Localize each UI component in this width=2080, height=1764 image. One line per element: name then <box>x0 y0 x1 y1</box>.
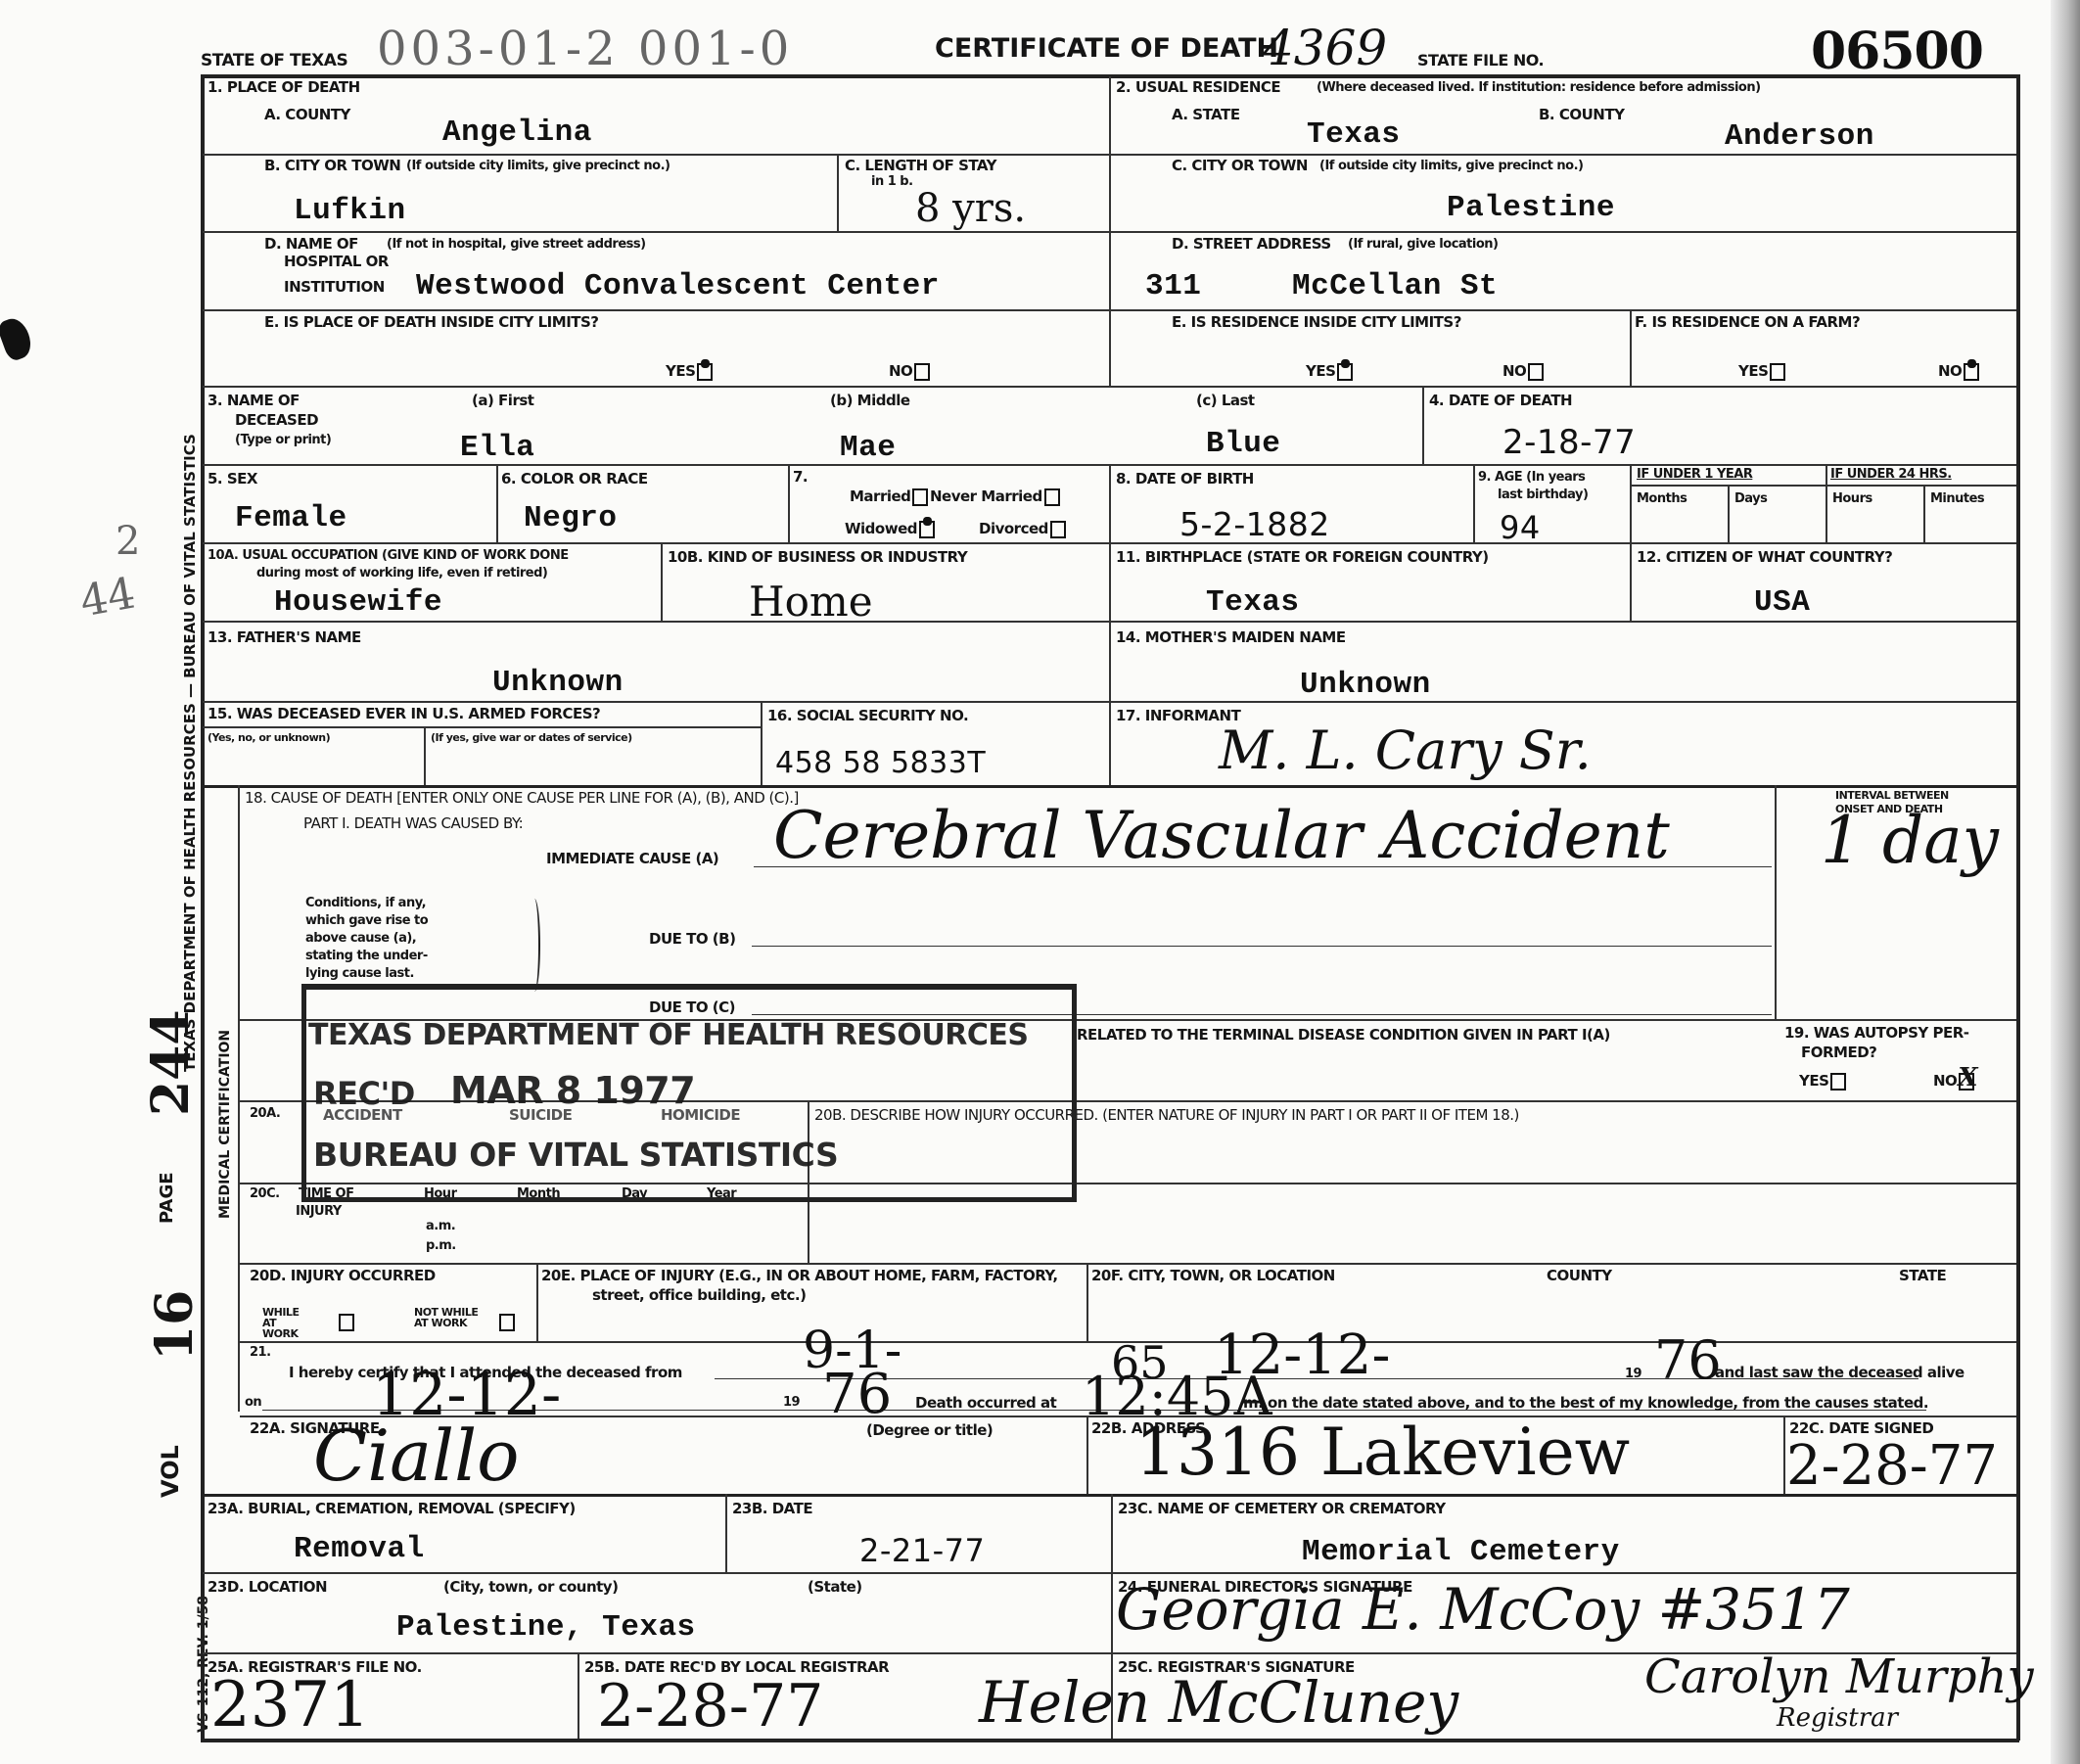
yes-text: YES <box>666 362 695 380</box>
business-value: Home <box>749 578 873 626</box>
res-state-label: a. STATE <box>1172 106 1240 123</box>
res-city-label: c. CITY OR TOWN <box>1172 157 1308 174</box>
registrar-signature-1: Helen McCluney <box>979 1669 1458 1736</box>
outer-bottom-border <box>201 1739 2019 1742</box>
injury-county-label: COUNTY <box>1547 1267 1612 1284</box>
stamp-line-3: BUREAU OF VITAL STATISTICS <box>313 1136 838 1174</box>
city-hint: (If outside city limits, give precinct n… <box>406 159 670 173</box>
divider <box>424 726 426 785</box>
state-label: STATE OF TEXAS <box>201 51 347 70</box>
mother-label: 14. MOTHER'S MAIDEN NAME <box>1116 628 1346 646</box>
brace <box>529 899 540 992</box>
marital-label: 7. <box>793 468 808 486</box>
res-inside-city-no[interactable]: NO <box>1502 362 1544 381</box>
age-label-2: last birthday) <box>1498 487 1588 502</box>
res-city-value: Palestine <box>1447 191 1615 225</box>
divider <box>536 1263 538 1341</box>
divider <box>837 154 839 232</box>
stay-hint: in 1 b. <box>871 174 913 189</box>
registrar-title: Registrar <box>1777 1703 1898 1733</box>
divider <box>203 726 761 728</box>
divider <box>1783 1416 1785 1494</box>
divider <box>203 231 2016 233</box>
birthplace-value: Texas <box>1206 585 1300 620</box>
divider <box>203 309 2016 311</box>
injury-label: INJURY <box>296 1204 342 1219</box>
on-label: on <box>245 1395 261 1410</box>
name-label-1: 3. NAME OF <box>208 392 300 409</box>
dob-value: 5-2-1882 <box>1179 505 1330 543</box>
divider <box>203 701 2016 703</box>
armed-forces-label: 15. WAS DECEASED EVER IN U.S. ARMED FORC… <box>208 705 600 722</box>
vertical-agency-text: TEXAS DEPARTMENT OF HEALTH RESOURCES — B… <box>181 434 199 1072</box>
divider <box>203 785 2016 788</box>
autopsy-no[interactable]: NO <box>1933 1072 1974 1091</box>
hospital-label-2: HOSPITAL OR <box>284 253 389 270</box>
divider <box>1775 785 1777 1020</box>
part2-label: RELATED TO THE TERMINAL DISEASE CONDITIO… <box>1077 1026 1610 1044</box>
checkbox[interactable] <box>1044 488 1060 506</box>
conditions-note-4: stating the under- <box>305 949 428 963</box>
citizen-value: USA <box>1754 585 1810 620</box>
divider <box>725 1494 727 1572</box>
occupation-hint: during most of working life, even if ret… <box>256 566 547 580</box>
volume-number: 16 <box>145 1290 205 1361</box>
res-inside-city-question: e. IS RESIDENCE INSIDE CITY LIMITS? <box>1172 313 1461 331</box>
checkbox[interactable] <box>1050 521 1066 538</box>
scan-edge-shadow <box>2051 0 2080 1764</box>
conditions-note-5: lying cause last. <box>305 966 414 981</box>
punch-hole-mark <box>0 314 35 362</box>
divider <box>240 1263 2016 1265</box>
certificate-title: CERTIFICATE OF DEATH <box>935 33 1278 64</box>
stamp-line-1: TEXAS DEPARTMENT OF HEALTH RESOURCES <box>308 1018 1029 1052</box>
divider <box>788 464 790 542</box>
county-label: a. COUNTY <box>264 106 350 123</box>
divider <box>203 386 2016 388</box>
age-value: 94 <box>1500 509 1541 546</box>
marital-never-married[interactable]: Never Married <box>930 487 1060 506</box>
divider <box>496 464 498 542</box>
farm-question: f. IS RESIDENCE ON A FARM? <box>1635 313 1860 331</box>
res-street-hint: (If rural, give location) <box>1348 237 1498 252</box>
due-to-b-line <box>752 946 1772 947</box>
margin-note-bottom: 44 <box>76 569 139 627</box>
immediate-cause-label: IMMEDIATE CAUSE (a) <box>546 850 718 867</box>
res-street-name: McCellan St <box>1292 269 1498 303</box>
cemetery-label: 23c. NAME OF CEMETERY OR CREMATORY <box>1118 1500 1446 1517</box>
address-value: 1316 Lakeview <box>1135 1415 1630 1490</box>
res-street-label: d. STREET ADDRESS <box>1172 235 1331 253</box>
occupation-label: 10a. USUAL OCCUPATION (Give kind of work… <box>208 548 569 563</box>
ssn-value: 458 58 5833T <box>775 746 986 780</box>
city-label: b. CITY OR TOWN <box>264 157 400 174</box>
stamp-line-2-prefix: REC'D <box>313 1075 415 1112</box>
immediate-cause-value: Cerebral Vascular Accident <box>773 798 1670 873</box>
place-of-death-heading: 1. PLACE OF DEATH <box>208 78 360 96</box>
divider <box>203 621 2016 623</box>
degree-label: (Degree or title) <box>866 1421 993 1439</box>
no-text: NO <box>1502 362 1526 380</box>
armed-forces-hint-1: (Yes, no, or unknown) <box>208 731 330 744</box>
checkbox[interactable] <box>1830 1073 1846 1091</box>
occupation-value: Housewife <box>274 585 442 620</box>
yes-text: YES <box>1738 362 1768 380</box>
first-name-value: Ella <box>460 431 534 465</box>
death-occurred-label: Death occurred at <box>915 1394 1056 1412</box>
ssn-label: 16. SOCIAL SECURITY NO. <box>767 707 968 724</box>
divider <box>1728 485 1730 543</box>
divider <box>1923 485 1925 543</box>
marital-married[interactable]: Married <box>850 487 928 506</box>
stamp-date: MAR 8 1977 <box>450 1069 695 1112</box>
sex-label: 5. SEX <box>208 470 257 487</box>
while-at-work-label: WHILE AT WORK <box>262 1307 311 1339</box>
usual-residence-heading: 2. USUAL RESIDENCE <box>1116 78 1280 96</box>
last-name-label: (c) Last <box>1196 392 1255 409</box>
res-state-value: Texas <box>1307 117 1401 152</box>
disposition-date-value: 2-21-77 <box>859 1532 985 1569</box>
divider <box>661 542 663 621</box>
hospital-label-3: INSTITUTION <box>284 278 385 296</box>
conditions-note-2: which gave rise to <box>305 913 428 928</box>
checkbox-checked[interactable] <box>697 363 713 381</box>
date-signed-value: 2-28-77 <box>1786 1434 1998 1498</box>
father-label: 13. FATHER'S NAME <box>208 628 361 646</box>
res-inside-city-yes[interactable]: YES <box>1306 362 1353 381</box>
hospital-label: d. NAME OF <box>264 235 358 253</box>
married-text: Married <box>850 487 910 505</box>
stay-label: c. LENGTH OF STAY <box>845 157 996 174</box>
handwritten-number: 4369 <box>1263 20 1387 76</box>
checkbox-checked[interactable] <box>919 521 935 538</box>
months-label: Months <box>1637 491 1687 506</box>
label-21: 21. <box>250 1345 271 1360</box>
informant-value: M. L. Cary Sr. <box>1219 720 1592 781</box>
divider <box>1109 464 1111 787</box>
state-file-number: 06500 <box>1811 22 1983 81</box>
res-street-number: 311 <box>1145 269 1201 303</box>
last-seen-year: 76 <box>822 1363 892 1426</box>
minutes-label: Minutes <box>1930 491 1984 506</box>
injury-state-label: STATE <box>1899 1267 1946 1284</box>
inside-city-yes[interactable]: YES <box>666 362 713 381</box>
interval-value: 1 day <box>1821 803 1999 878</box>
checkbox[interactable] <box>1528 363 1544 381</box>
label-20a: 20a. <box>250 1106 280 1121</box>
marital-divorced[interactable]: Divorced <box>979 520 1066 538</box>
widowed-text: Widowed <box>845 520 917 537</box>
outer-right-border <box>2016 74 2020 1741</box>
physician-signature: Ciallo <box>313 1415 519 1497</box>
date-of-death-value: 2-18-77 <box>1502 423 1636 462</box>
checkbox-x[interactable] <box>1959 1073 1974 1091</box>
divider <box>761 701 763 785</box>
days-label: Days <box>1734 491 1767 506</box>
farm-no[interactable]: NO <box>1938 362 1979 381</box>
handwritten-code: 003-01-2 001-0 <box>377 22 793 76</box>
pm-label: p.m. <box>426 1238 456 1253</box>
checkbox[interactable] <box>1770 363 1785 381</box>
volume-label: VOL <box>157 1445 184 1498</box>
certify-text-2: and last saw the deceased alive <box>1715 1364 1964 1381</box>
death-county-value: Angelina <box>442 116 592 150</box>
checkbox[interactable] <box>914 363 930 381</box>
divider <box>1630 309 1632 388</box>
conditions-note-1: Conditions, if any, <box>305 896 426 910</box>
marital-widowed[interactable]: Widowed <box>845 520 935 538</box>
divider <box>1086 1263 1088 1341</box>
middle-name-value: Mae <box>840 431 896 465</box>
part1-label: PART I. DEATH WAS CAUSED BY: <box>303 814 523 832</box>
birthplace-label: 11. BIRTHPLACE (State or foreign country… <box>1116 548 1489 566</box>
under-1-year-label: IF UNDER 1 YEAR <box>1637 467 1752 482</box>
autopsy-yes[interactable]: YES <box>1799 1072 1846 1091</box>
state-file-label: STATE FILE NO. <box>1417 51 1544 70</box>
registrar-file-value: 2371 <box>210 1669 370 1741</box>
date-recd-value: 2-28-77 <box>597 1672 823 1741</box>
farm-yes[interactable]: YES <box>1738 362 1785 381</box>
label-20f: 20f. CITY, TOWN, OR LOCATION <box>1091 1267 1335 1284</box>
inside-city-question: e. IS PLACE OF DEATH INSIDE CITY LIMITS? <box>264 313 599 331</box>
citizen-label: 12. CITIZEN OF WHAT COUNTRY? <box>1637 548 1892 566</box>
location-label: 23d. LOCATION <box>208 1578 327 1596</box>
cause-heading: 18. CAUSE OF DEATH [Enter only one cause… <box>245 789 799 807</box>
father-value: Unknown <box>492 666 624 700</box>
yes-text: YES <box>1306 362 1335 380</box>
hospital-hint: (If not in hospital, give street address… <box>387 237 646 252</box>
not-while-at-work-checkbox[interactable] <box>499 1314 515 1331</box>
divider <box>238 785 240 1412</box>
name-label-3: (Type or print) <box>235 433 331 447</box>
due-to-b-label: DUE TO (b) <box>649 930 735 948</box>
divorced-text: Divorced <box>979 520 1048 537</box>
location-hint-2: (State) <box>808 1578 862 1596</box>
dob-label: 8. DATE OF BIRTH <box>1116 470 1254 487</box>
race-label: 6. COLOR OR RACE <box>501 470 648 487</box>
hospital-value: Westwood Convalescent Center <box>416 269 940 303</box>
under-24-hrs-label: IF UNDER 24 HRS. <box>1830 467 1952 482</box>
divider <box>203 1572 2016 1574</box>
registrar-signature-2: Carolyn Murphy <box>1644 1649 2034 1704</box>
last-name-value: Blue <box>1206 427 1280 461</box>
sex-value: Female <box>235 501 347 535</box>
margin-note-top: 2 <box>116 519 140 564</box>
armed-forces-hint-2: (If yes, give war or dates of service) <box>431 731 632 744</box>
business-label: 10b. KIND OF BUSINESS OR INDUSTRY <box>668 548 967 566</box>
divider <box>1422 386 1424 464</box>
divider <box>1826 464 1827 542</box>
usual-residence-hint: (Where deceased lived. If institution: r… <box>1317 80 1761 95</box>
page-number: 244 <box>141 1009 201 1116</box>
autopsy-label-2: FORMED? <box>1801 1044 1876 1061</box>
middle-name-label: (b) Middle <box>830 392 910 409</box>
hours-label: Hours <box>1832 491 1872 506</box>
res-city-hint: (If outside city limits, give precinct n… <box>1319 159 1583 173</box>
never-married-text: Never Married <box>930 487 1042 505</box>
divider <box>203 154 2016 156</box>
stay-value: 8 yrs. <box>915 186 1026 231</box>
no-text: NO <box>889 362 912 380</box>
disposition-date-label: 23b. DATE <box>732 1500 812 1517</box>
certify-text-3: m. on the date stated above, and to the … <box>1243 1394 1928 1412</box>
while-at-work-checkbox[interactable] <box>339 1314 354 1331</box>
first-name-label: (a) First <box>472 392 533 409</box>
medical-certification-label: MEDICAL CERTIFICATION <box>217 1030 233 1219</box>
no-text: NO <box>1938 362 1962 380</box>
label-20e: 20e. PLACE OF INJURY (e.g., in or about … <box>541 1267 1058 1284</box>
label-20d: 20d. INJURY OCCURRED <box>250 1267 436 1284</box>
death-city-value: Lufkin <box>294 194 406 228</box>
checkbox[interactable] <box>912 488 928 506</box>
burial-value: Removal <box>294 1532 425 1566</box>
interval-label-1: INTERVAL BETWEEN <box>1835 789 1949 802</box>
res-county-value: Anderson <box>1725 119 1874 154</box>
race-value: Negro <box>524 501 618 535</box>
to-year-value: 76 <box>1654 1329 1722 1391</box>
res-county-label: b. COUNTY <box>1539 106 1624 123</box>
no-text: NO <box>1933 1072 1957 1090</box>
yes-text: YES <box>1799 1072 1828 1090</box>
autopsy-label-1: 19. WAS AUTOPSY PER- <box>1784 1024 1969 1042</box>
year-prefix-2: 19 <box>783 1395 800 1410</box>
checkbox-checked[interactable] <box>1337 363 1353 381</box>
label-20e-2: street, office building, etc.) <box>592 1286 806 1304</box>
inside-city-no[interactable]: NO <box>889 362 930 381</box>
divider <box>203 542 2016 544</box>
divider <box>1473 464 1475 542</box>
am-label: a.m. <box>426 1219 455 1233</box>
label-20c: 20c. <box>250 1186 280 1201</box>
age-label-1: 9. AGE (In years <box>1478 470 1585 485</box>
location-value: Palestine, Texas <box>396 1610 696 1645</box>
page-label: PAGE <box>157 1172 177 1224</box>
date-of-death-label: 4. DATE OF DEATH <box>1429 392 1572 409</box>
checkbox-checked[interactable] <box>1964 363 1979 381</box>
not-while-at-work-label: NOT WHILE AT WORK <box>414 1307 483 1328</box>
conditions-note-3: above cause (a), <box>305 931 416 946</box>
divider <box>578 1652 579 1739</box>
funeral-director-signature: Georgia E. McCoy #3517 <box>1116 1576 1850 1643</box>
year-prefix-1: 19 <box>1625 1367 1641 1381</box>
mother-value: Unknown <box>1300 668 1431 702</box>
divider <box>1086 1416 1088 1494</box>
location-hint-1: (City, town, or county) <box>443 1578 618 1596</box>
name-label-2: DECEASED <box>235 411 318 429</box>
divider <box>1630 485 2016 487</box>
burial-label: 23a. BURIAL, CREMATION, REMOVAL (Specify… <box>208 1500 576 1517</box>
cemetery-value: Memorial Cemetery <box>1302 1535 1620 1569</box>
outer-left-border <box>201 74 205 1741</box>
